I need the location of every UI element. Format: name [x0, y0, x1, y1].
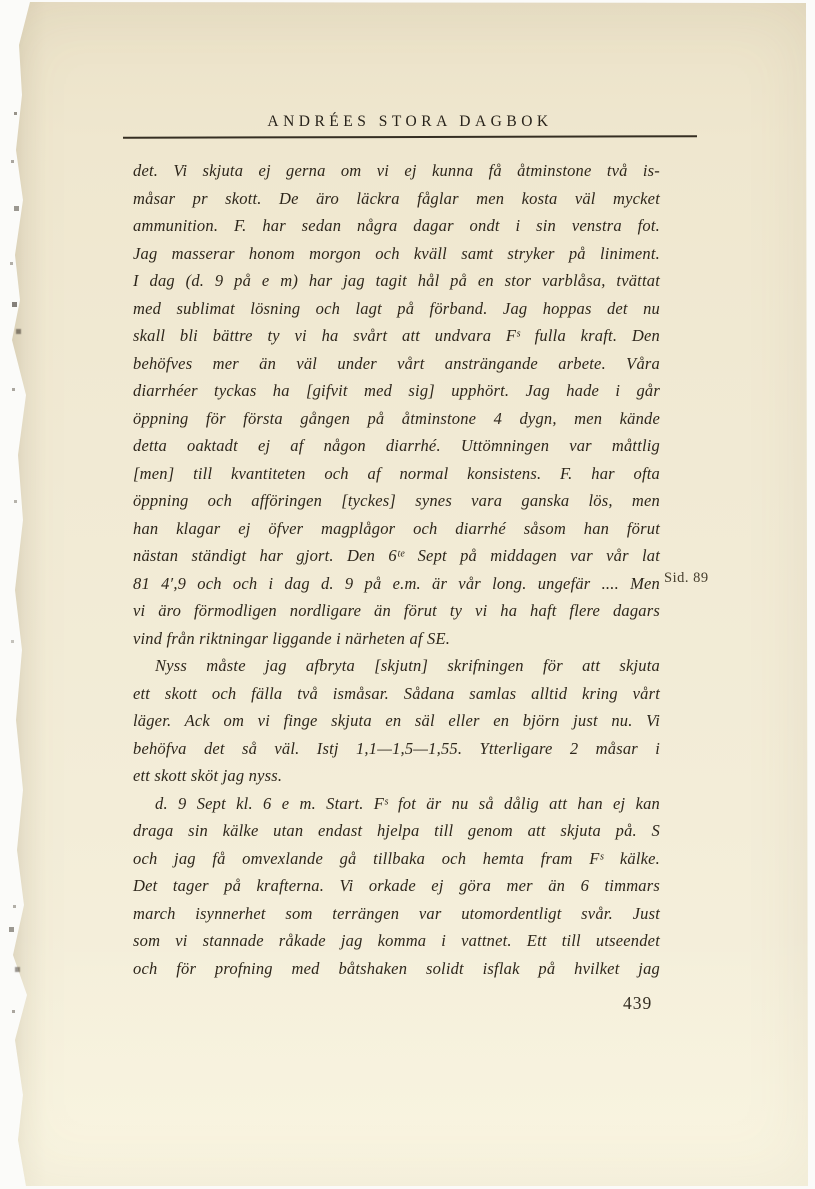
text-line: 81 4′,9 och och i dag d. 9 på e.m. är vå…	[133, 570, 660, 598]
text-line: I dag (d. 9 på e m) har jag tagit hål på…	[133, 267, 660, 295]
paragraph: Nyss måste jag afbryta [skjutn] skrifnin…	[133, 652, 660, 790]
text-line: det. Vi skjuta ej gerna om vi ej kunna f…	[133, 157, 660, 185]
text-line: draga sin kälke utan endast hjelpa till …	[133, 817, 660, 845]
text-line: Jag masserar honom morgon och kväll samt…	[133, 240, 660, 268]
text-line: måsar pr skott. De äro läckra fåglar men…	[133, 185, 660, 213]
text-line: och jag få omvexlande gå tillbaka och he…	[133, 845, 660, 873]
text-line: ammunition. F. har sedan några dagar ond…	[133, 212, 660, 240]
text-line: vi äro förmodligen nordligare än förut t…	[133, 597, 660, 625]
text-line: och för profning med båtshaken solidt is…	[133, 955, 660, 983]
text-line: behöfves mer än väl under vårt anstränga…	[133, 350, 660, 378]
paragraph: det. Vi skjuta ej gerna om vi ej kunna f…	[133, 157, 660, 652]
page-header-title: ANDRÉES STORA DAGBOK	[123, 113, 697, 131]
text-line: detta oaktadt ej af någon diarrhé. Uttöm…	[133, 432, 660, 460]
text-line: vind från riktningar liggande i närheten…	[133, 625, 660, 653]
text-line: behöfva det så väl. Istj 1,1—1,5—1,55. Y…	[133, 735, 660, 763]
text-line: som vi stannade råkade jag komma i vattn…	[133, 927, 660, 955]
text-line: öppning och afföringen [tyckes] synes va…	[133, 487, 660, 515]
text-line: diarrhéer tyckas ha [gifvit med sig] upp…	[133, 377, 660, 405]
text-block: det. Vi skjuta ej gerna om vi ej kunna f…	[133, 157, 660, 982]
text-line: han klagar ej öfver magplågor och diarrh…	[133, 515, 660, 543]
text-line: med sublimat lösning och lagt på förband…	[133, 295, 660, 323]
margin-note: Sid. 89	[664, 570, 709, 587]
text-line: Det tager på krafterna. Vi orkade ej gör…	[133, 872, 660, 900]
text-line: [men] till kvantiteten och af normal kon…	[133, 460, 660, 488]
torn-edge-specks	[0, 0, 3, 3]
page-number: 439	[623, 993, 652, 1014]
text-line: läger. Ack om vi finge skjuta en säl ell…	[133, 707, 660, 735]
text-line: nästan ständigt har gjort. Den 6ᵗᵉ Sept …	[133, 542, 660, 570]
text-line: d. 9 Sept kl. 6 e m. Start. Fˢ fot är nu…	[133, 790, 660, 818]
paragraph: d. 9 Sept kl. 6 e m. Start. Fˢ fot är nu…	[133, 790, 660, 983]
text-line: Nyss måste jag afbryta [skjutn] skrifnin…	[133, 652, 660, 680]
text-line: ett skott sköt jag nyss.	[133, 762, 660, 790]
text-line: öppning för första gången på åtminstone …	[133, 405, 660, 433]
text-line: ett skott och fälla två ismåsar. Sådana …	[133, 680, 660, 708]
text-line: skall bli bättre ty vi ha svårt att undv…	[133, 322, 660, 350]
text-line: march isynnerhet som terrängen var utomo…	[133, 900, 660, 928]
